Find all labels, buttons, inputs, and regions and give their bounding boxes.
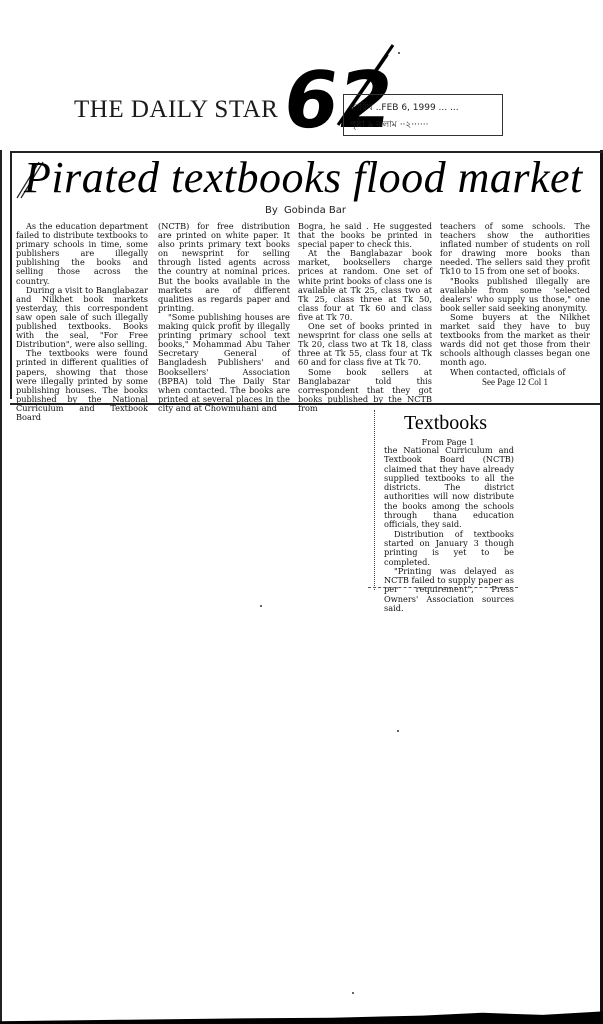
paragraph: "Books published illegally are available…: [440, 277, 590, 313]
paragraph: One set of books printed in newsprint fo…: [298, 322, 432, 367]
archive-stamp: তারিখ ..FEB 6, 1999 ... ... পৃষ্ঠা ৯ কলা…: [343, 94, 503, 136]
stamp-page-label: পৃষ্ঠা: [350, 120, 365, 130]
article-bottom-rule: [10, 403, 600, 405]
article-column-1: As the education department failed to di…: [16, 222, 148, 422]
article-column-3: Bogra, he said . He suggested that the b…: [298, 222, 432, 413]
newspaper-masthead: THE DAILY STAR: [74, 96, 278, 124]
scan-speck: [397, 730, 399, 732]
paragraph: teachers of some schools. The teachers s…: [440, 222, 590, 277]
continuation-bottom-rule: [368, 587, 518, 589]
paragraph: As the education department failed to di…: [16, 222, 148, 286]
paragraph: the National Curriculum and Textbook Boa…: [384, 446, 514, 530]
paragraph: Some buyers at the Nilkhet market said t…: [440, 313, 590, 368]
scan-speck: [260, 605, 262, 607]
paragraph: The textbooks were found printed in diff…: [16, 349, 148, 422]
stamp-page-value: ৯: [367, 120, 373, 130]
scan-left-edge: [0, 150, 2, 1024]
stamp-page-row: পৃষ্ঠা ৯ কলাম ··২······: [350, 117, 428, 132]
article-column-2: (NCTB) for free distribution are printed…: [158, 222, 290, 413]
paragraph: Some book sellers at Banglabazar told th…: [298, 368, 432, 413]
paragraph: (NCTB) for free distribution are printed…: [158, 222, 290, 313]
paragraph: "Some publishing houses are making quick…: [158, 313, 290, 413]
stamp-date-value: FEB 6, 1999: [381, 103, 435, 113]
paragraph: At the Banglabazar book market, booksell…: [298, 249, 432, 322]
paragraph: When contacted, officials of: [440, 368, 590, 377]
byline: By Gobinda Bar: [0, 205, 603, 216]
article-headline: Pirated textbooks flood market: [24, 152, 594, 203]
paragraph: Bogra, he said . He suggested that the b…: [298, 222, 432, 249]
stamp-date-row: তারিখ ..FEB 6, 1999 ... ...: [350, 100, 459, 115]
byline-prefix: By: [265, 205, 278, 216]
scan-speck: [352, 992, 354, 994]
continuation-reference: See Page 12 Col 1: [440, 378, 590, 387]
paragraph: Distribution of textbooks started on Jan…: [384, 530, 514, 567]
paragraph: "Printing was delayed as NCTB failed to …: [384, 567, 514, 613]
stamp-date-label: তারিখ: [350, 103, 373, 113]
continuation-title: Textbooks: [404, 412, 487, 435]
article-column-4: teachers of some schools. The teachers s…: [440, 222, 590, 387]
scan-speck: [398, 52, 400, 54]
scan-bottom-edge: [0, 1010, 603, 1024]
paragraph: During a visit to Banglabazar and Nilkhe…: [16, 286, 148, 350]
stamp-column-label: কলাম: [376, 120, 397, 130]
byline-author: Gobinda Bar: [284, 205, 346, 216]
